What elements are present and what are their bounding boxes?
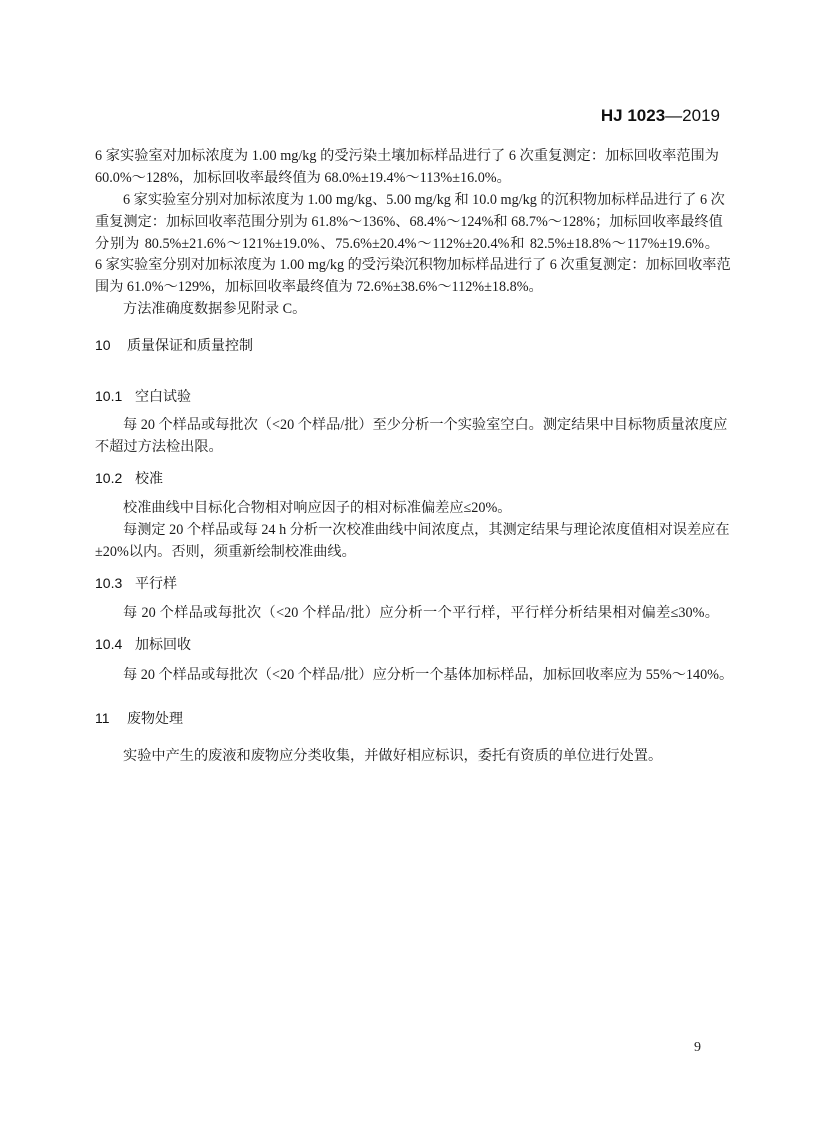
subsection-number: 10.4 xyxy=(95,634,135,654)
paragraph-line: 每 20 个样品或每批次（<20 个样品/批）至少分析一个实验室空白。测定结果中… xyxy=(123,415,719,435)
standard-code-header: HJ 1023—2019 xyxy=(601,106,720,126)
paragraph-line: 分别为 80.5%±21.6%～121%±19.0%、75.6%±20.4%～1… xyxy=(95,234,719,254)
paragraph-line: 6 家实验室对加标浓度为 1.00 mg/kg 的受污染土壤加标样品进行了 6 … xyxy=(95,146,719,166)
paragraph-line: 方法准确度数据参见附录 C。 xyxy=(123,299,306,319)
subsection-number: 10.1 xyxy=(95,386,135,406)
subsection-heading-10-4: 10.4加标回收 xyxy=(95,634,191,654)
standard-code-separator: — xyxy=(665,106,682,125)
paragraph-line: 不超过方法检出限。 xyxy=(95,437,223,457)
paragraph-line: 60.0%～128%，加标回收率最终值为 68.0%±19.4%～113%±16… xyxy=(95,168,511,188)
paragraph-line: 重复测定：加标回收率范围分别为 61.8%～136%、68.4%～124%和 6… xyxy=(95,212,719,232)
paragraph-line: 每 20 个样品或每批次（<20 个样品/批）应分析一个平行样，平行样分析结果相… xyxy=(123,603,719,623)
section-title: 质量保证和质量控制 xyxy=(127,337,253,353)
paragraph-line: 每测定 20 个样品或每 24 h 分析一次校准曲线中间浓度点，其测定结果与理论… xyxy=(123,520,719,540)
subsection-number: 10.3 xyxy=(95,573,135,593)
subsection-heading-10-2: 10.2校准 xyxy=(95,468,163,488)
section-number: 11 xyxy=(95,708,127,728)
subsection-title: 空白试验 xyxy=(135,388,191,404)
paragraph-line: 围为 61.0%～129%，加标回收率最终值为 72.6%±38.6%～112%… xyxy=(95,277,543,297)
paragraph-line: 6 家实验室分别对加标浓度为 1.00 mg/kg 的受污染沉积物加标样品进行了… xyxy=(95,255,719,275)
paragraph-line: 实验中产生的废液和废物应分类收集，并做好相应标识，委托有资质的单位进行处置。 xyxy=(123,746,662,766)
standard-year: 2019 xyxy=(682,106,720,125)
paragraph-line: 校准曲线中目标化合物相对响应因子的相对标准偏差应≤20%。 xyxy=(123,498,511,518)
subsection-title: 加标回收 xyxy=(135,636,191,652)
subsection-heading-10-1: 10.1空白试验 xyxy=(95,386,191,406)
paragraph-line: 每 20 个样品或每批次（<20 个样品/批）应分析一个基体加标样品，加标回收率… xyxy=(123,665,719,685)
section-number: 10 xyxy=(95,335,127,355)
section-heading-10: 10质量保证和质量控制 xyxy=(95,335,253,355)
standard-code: HJ 1023 xyxy=(601,106,665,125)
subsection-number: 10.2 xyxy=(95,468,135,488)
paragraph-line: ±20%以内。否则，须重新绘制校准曲线。 xyxy=(95,542,356,562)
subsection-title: 平行样 xyxy=(135,575,177,591)
paragraph-line: 6 家实验室分别对加标浓度为 1.00 mg/kg、5.00 mg/kg 和 1… xyxy=(123,190,719,210)
subsection-heading-10-3: 10.3平行样 xyxy=(95,573,177,593)
subsection-title: 校准 xyxy=(135,470,163,486)
page-number: 9 xyxy=(694,1040,701,1056)
section-heading-11: 11废物处理 xyxy=(95,708,183,728)
document-page: HJ 1023—2019 6 家实验室对加标浓度为 1.00 mg/kg 的受污… xyxy=(0,0,816,1145)
section-title: 废物处理 xyxy=(127,710,183,726)
